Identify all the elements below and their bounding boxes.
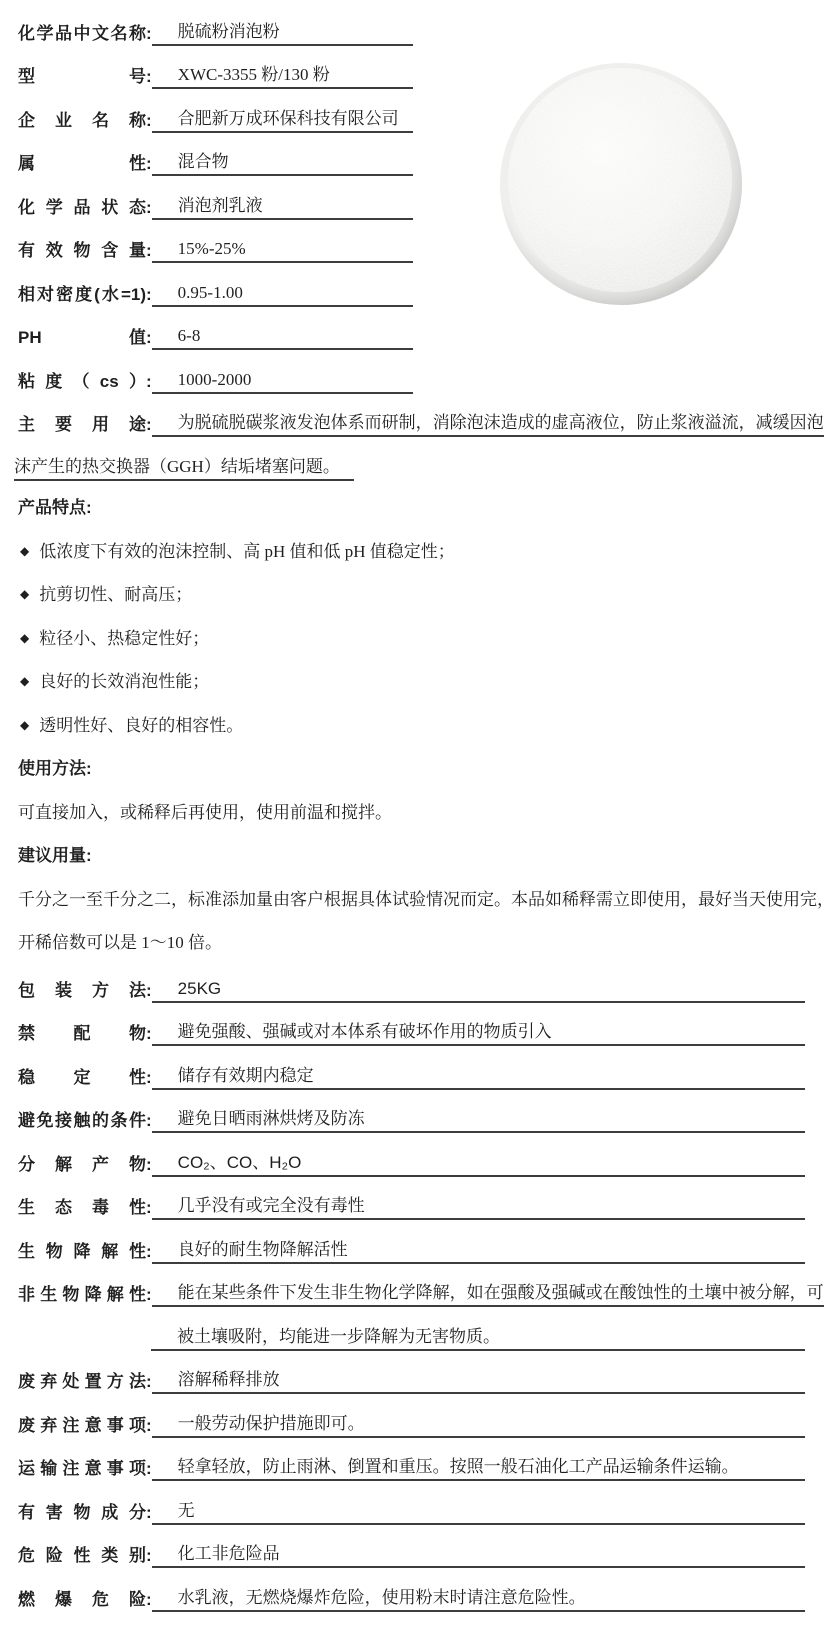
section-heading-row: 使用方法: (18, 742, 805, 786)
field-label: 化学品中文名称: (18, 19, 152, 46)
field-value: 化工非危险品 (152, 1539, 805, 1568)
field-label: 危险性类别: (18, 1541, 152, 1568)
field-label: 生态毒性: (18, 1193, 152, 1220)
field-row: 避免接触的条件: 避免日晒雨淋烘烤及防冻 (18, 1090, 805, 1134)
field-label: 生物降解性: (18, 1237, 152, 1264)
field-value: 15%-25% (152, 239, 413, 263)
paragraph-row: 千分之一至千分之二，标准添加量由客户根据具体试验情况而定。本品如稀释需立即使用，… (18, 872, 805, 916)
field-value: 6-8 (152, 326, 413, 350)
bullet-text: 透明性好、良好的相容性。 (39, 711, 243, 742)
field-row: 生物降解性: 良好的耐生物降解活性 (18, 1220, 805, 1264)
field-continuation-row: 被土壤吸附，均能进一步降解为无害物质。 (18, 1307, 805, 1351)
field-value: 25KG (152, 979, 805, 1003)
section-heading: 使用方法: (18, 754, 92, 785)
paragraph: 可直接加入，或稀释后再使用，使用前温和搅拌。 (18, 798, 392, 829)
paragraph-row: 可直接加入，或稀释后再使用，使用前温和搅拌。 (18, 785, 805, 829)
field-value: 水乳液，无燃烧爆炸危险，使用粉末时请注意危险性。 (152, 1583, 805, 1612)
field-label: PH值: (18, 323, 152, 350)
field-label: 废弃注意事项: (18, 1411, 152, 1438)
field-value: 轻拿轻放，防止雨淋、倒置和重压。按照一般石油化工产品运输条件运输。 (152, 1452, 805, 1481)
field-row: 危险性类别: 化工非危险品 (18, 1525, 805, 1569)
field-value: 合肥新万成环保科技有限公司 (152, 104, 413, 133)
field-label: 非生物降解性: (18, 1280, 152, 1307)
field-value: 消泡剂乳液 (152, 191, 413, 220)
bullet-text: 粒径小、热稳定性好； (39, 624, 209, 655)
bullet-text: 低浓度下有效的泡沫控制、高 pH 值和低 pH 值稳定性； (39, 537, 455, 568)
field-value: 能在某些条件下发生非生物化学降解，如在强酸及强碱或在酸蚀性的土壤中被分解，可 (152, 1278, 824, 1307)
field-row: 废弃注意事项: 一般劳动保护措施即可。 (18, 1394, 805, 1438)
field-row: PH值: 6-8 (18, 307, 805, 351)
section-heading: 建议用量: (18, 841, 92, 872)
paragraph: 千分之一至千分之二，标准添加量由客户根据具体试验情况而定。本品如稀释需立即使用，… (18, 885, 830, 916)
field-label: 运输注意事项: (18, 1454, 152, 1481)
field-label: 避免接触的条件: (18, 1106, 152, 1133)
field-value: 0.95-1.00 (152, 283, 413, 307)
bullet-item: ◆ 透明性好、良好的相容性。 (18, 698, 805, 742)
section-heading-row: 建议用量: (18, 829, 805, 873)
powder-photo-svg (497, 58, 745, 310)
field-row: 有害物成分: 无 (18, 1481, 805, 1525)
field-value: 良好的耐生物降解活性 (152, 1235, 805, 1264)
diamond-bullet-icon: ◆ (18, 674, 39, 698)
product-spec-document: 化学品中文名称: 脱硫粉消泡粉 型号: XWC-3355 粉/130 粉 企业名… (0, 0, 830, 1632)
diamond-bullet-icon: ◆ (18, 587, 39, 611)
field-row: 稳定性: 储存有效期内稳定 (18, 1046, 805, 1090)
diamond-bullet-icon: ◆ (18, 718, 39, 742)
field-row: 分解产物: CO₂、CO、H₂O (18, 1133, 805, 1177)
diamond-bullet-icon: ◆ (18, 544, 39, 568)
field-value: 混合物 (152, 147, 413, 176)
field-label: 有效物含量: (18, 236, 152, 263)
field-value: CO₂、CO、H₂O (152, 1148, 805, 1177)
field-label: 主要用途: (18, 410, 152, 437)
field-value: 溶解稀释排放 (152, 1365, 805, 1394)
paragraph: 开稀倍数可以是 1～10 倍。 (18, 928, 222, 959)
field-value: 一般劳动保护措施即可。 (152, 1409, 805, 1438)
field-row: 包装方法: 25KG (18, 959, 805, 1003)
field-row: 化学品中文名称: 脱硫粉消泡粉 (18, 2, 805, 46)
field-value: 几乎没有或完全没有毒性 (152, 1191, 805, 1220)
field-label: 禁配物: (18, 1019, 152, 1046)
paragraph-row: 开稀倍数可以是 1～10 倍。 (18, 916, 805, 960)
field-value-continuation: 沫产生的热交换器（GGH）结垢堵塞问题。 (14, 452, 354, 481)
field-label: 型号: (18, 62, 152, 89)
field-row: 废弃处置方法: 溶解稀释排放 (18, 1351, 805, 1395)
field-label: 相对密度(水=1): (18, 280, 152, 307)
field-value: XWC-3355 粉/130 粉 (152, 60, 413, 89)
field-row: 生态毒性: 几乎没有或完全没有毒性 (18, 1177, 805, 1221)
bullet-item: ◆ 粒径小、热稳定性好； (18, 611, 805, 655)
diamond-bullet-icon: ◆ (18, 631, 39, 655)
bullet-item: ◆ 良好的长效消泡性能； (18, 655, 805, 699)
field-label: 化学品状态: (18, 193, 152, 220)
field-value: 储存有效期内稳定 (152, 1061, 805, 1090)
bullet-item: ◆ 抗剪切性、耐高压； (18, 568, 805, 612)
field-value: 1000-2000 (152, 370, 413, 394)
field-value-continuation: 被土壤吸附，均能进一步降解为无害物质。 (151, 1322, 805, 1351)
field-label: 粘度（cs）: (18, 367, 152, 394)
field-label: 属性: (18, 149, 152, 176)
bullet-text: 抗剪切性、耐高压； (39, 580, 192, 611)
field-row: 非生物降解性: 能在某些条件下发生非生物化学降解，如在强酸及强碱或在酸蚀性的土壤… (18, 1264, 805, 1308)
field-label: 有害物成分: (18, 1498, 152, 1525)
field-value: 无 (152, 1496, 805, 1525)
section-heading: 产品特点: (18, 493, 92, 524)
bullet-text: 良好的长效消泡性能； (39, 667, 209, 698)
field-value: 避免日晒雨淋烘烤及防冻 (152, 1104, 805, 1133)
field-continuation-row: 沫产生的热交换器（GGH）结垢堵塞问题。 (18, 437, 805, 481)
field-label: 稳定性: (18, 1063, 152, 1090)
field-label: 分解产物: (18, 1150, 152, 1177)
field-label: 废弃处置方法: (18, 1367, 152, 1394)
field-row: 粘度（cs）: 1000-2000 (18, 350, 805, 394)
field-label: 燃爆危险: (18, 1585, 152, 1612)
field-value: 为脱硫脱碳浆液发泡体系而研制，消除泡沫造成的虚高液位，防止浆液溢流，减缓因泡 (152, 408, 824, 437)
field-label: 包装方法: (18, 976, 152, 1003)
field-row: 运输注意事项: 轻拿轻放，防止雨淋、倒置和重压。按照一般石油化工产品运输条件运输… (18, 1438, 805, 1482)
field-row: 主要用途: 为脱硫脱碳浆液发泡体系而研制，消除泡沫造成的虚高液位，防止浆液溢流，… (18, 394, 805, 438)
product-powder-photo (497, 58, 745, 310)
section-heading-row: 产品特点: (18, 481, 805, 525)
field-value: 脱硫粉消泡粉 (152, 17, 413, 46)
bullet-item: ◆ 低浓度下有效的泡沫控制、高 pH 值和低 pH 值稳定性； (18, 524, 805, 568)
field-value: 避免强酸、强碱或对本体系有破坏作用的物质引入 (152, 1017, 805, 1046)
field-row: 禁配物: 避免强酸、强碱或对本体系有破坏作用的物质引入 (18, 1003, 805, 1047)
field-label: 企业名称: (18, 106, 152, 133)
field-row: 燃爆危险: 水乳液，无燃烧爆炸危险，使用粉末时请注意危险性。 (18, 1568, 805, 1612)
